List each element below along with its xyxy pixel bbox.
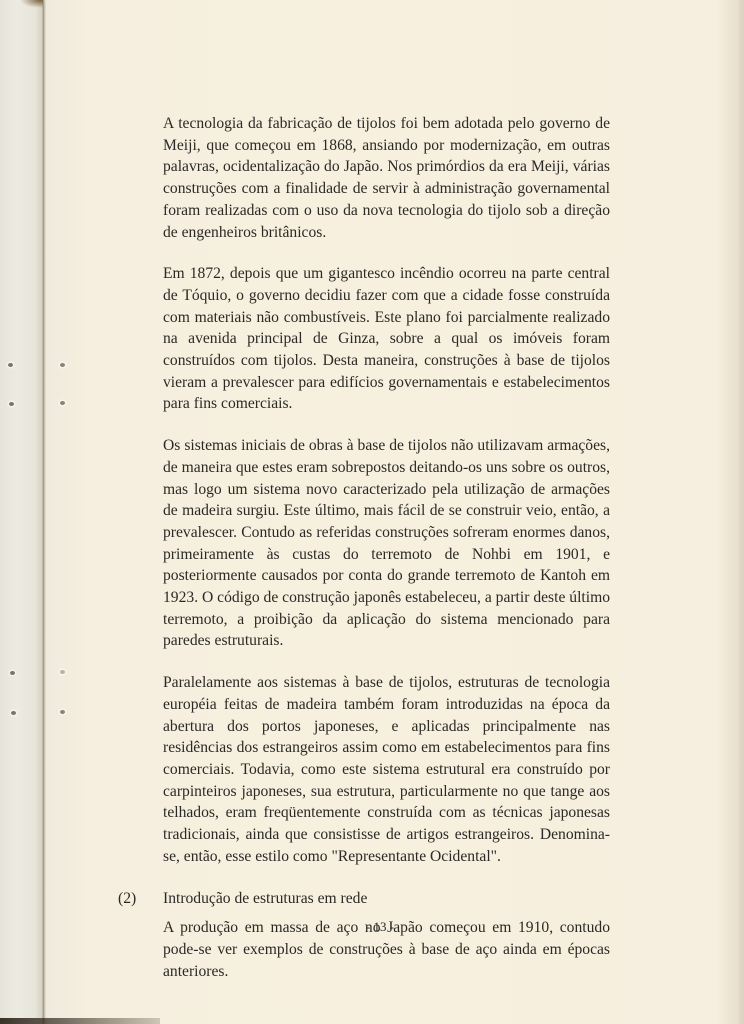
punch-hole [60, 401, 65, 405]
punch-hole [60, 670, 65, 674]
document-body: A tecnologia da fabricação de tijolos fo… [163, 113, 610, 1002]
page-number: - 13 - [0, 919, 744, 935]
punch-hole [9, 402, 14, 406]
paragraph-tokyo-fire-1872: Em 1872, depois que um gigantesco incênd… [163, 263, 610, 415]
punch-hole [11, 711, 16, 715]
punch-hole [10, 671, 15, 675]
section-number: (2) [118, 888, 136, 910]
punch-hole [8, 363, 13, 367]
left-page-edge [0, 0, 44, 1024]
punch-hole [60, 710, 65, 714]
scanned-book-spread: A tecnologia da fabricação de tijolos fo… [0, 0, 744, 1024]
paragraph-early-brick-systems: Os sistemas iniciais de obras à base de … [163, 435, 610, 652]
scan-edge-shadow [0, 1018, 160, 1024]
section-heading: Introdução de estruturas em rede [163, 888, 610, 910]
punch-hole [60, 363, 65, 367]
paragraph-european-wood-structures: Paralelamente aos sistemas à base de tij… [163, 672, 610, 867]
paragraph-brick-technology-meiji: A tecnologia da fabricação de tijolos fo… [163, 113, 610, 243]
